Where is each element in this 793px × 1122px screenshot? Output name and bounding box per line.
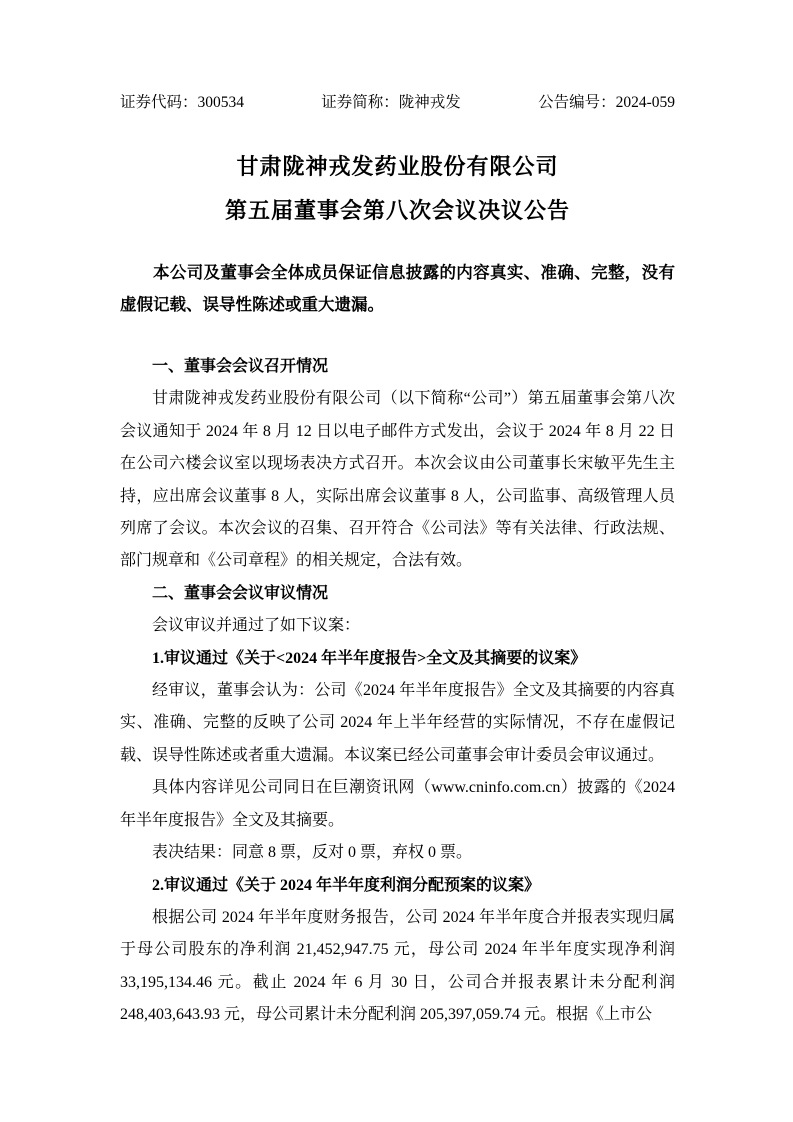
announcement-number-text: 公告编号：2024-059 (538, 92, 675, 113)
document-header: 证券代码：300534 证券简称：陇神戎发 公告编号：2024-059 (120, 92, 675, 113)
meeting-resolution-title: 第五届董事会第八次会议决议公告 (120, 189, 675, 233)
document-title: 甘肃陇神戎发药业股份有限公司 第五届董事会第八次会议决议公告 (120, 145, 675, 233)
disclaimer-statement: 本公司及董事会全体成员保证信息披露的内容真实、准确、完整，没有虚假记载、误导性陈… (120, 257, 675, 321)
section-2-intro: 会议审议并通过了如下议案： (120, 610, 675, 642)
proposal-2-heading: 2.审议通过《关于 2024 年半年度利润分配预案的议案》 (120, 870, 675, 902)
stock-name-text: 证券简称：陇神戎发 (321, 92, 461, 113)
proposal-1-vote-result: 表决结果：同意 8 票，反对 0 票，弃权 0 票。 (120, 837, 675, 869)
section-1-paragraph: 甘肃陇神戎发药业股份有限公司（以下简称“公司”）第五届董事会第八次会议通知于 2… (120, 383, 675, 577)
stock-code-text: 证券代码：300534 (120, 92, 244, 113)
section-2-heading: 二、董事会会议审议情况 (120, 578, 675, 610)
document-page: 证券代码：300534 证券简称：陇神戎发 公告编号：2024-059 甘肃陇神… (0, 0, 793, 1122)
proposal-1-paragraph-2: 具体内容详见公司同日在巨潮资讯网（www.cninfo.com.cn）披露的《2… (120, 772, 675, 837)
proposal-2-paragraph-1: 根据公司 2024 年半年度财务报告，公司 2024 年半年度合并报表实现归属于… (120, 902, 675, 1032)
company-name-title: 甘肃陇神戎发药业股份有限公司 (120, 145, 675, 189)
section-1-heading: 一、董事会会议召开情况 (120, 351, 675, 383)
proposal-1-heading: 1.审议通过《关于<2024 年半年度报告>全文及其摘要的议案》 (120, 643, 675, 675)
proposal-1-paragraph-1: 经审议，董事会认为：公司《2024 年半年度报告》全文及其摘要的内容真实、准确、… (120, 675, 675, 772)
